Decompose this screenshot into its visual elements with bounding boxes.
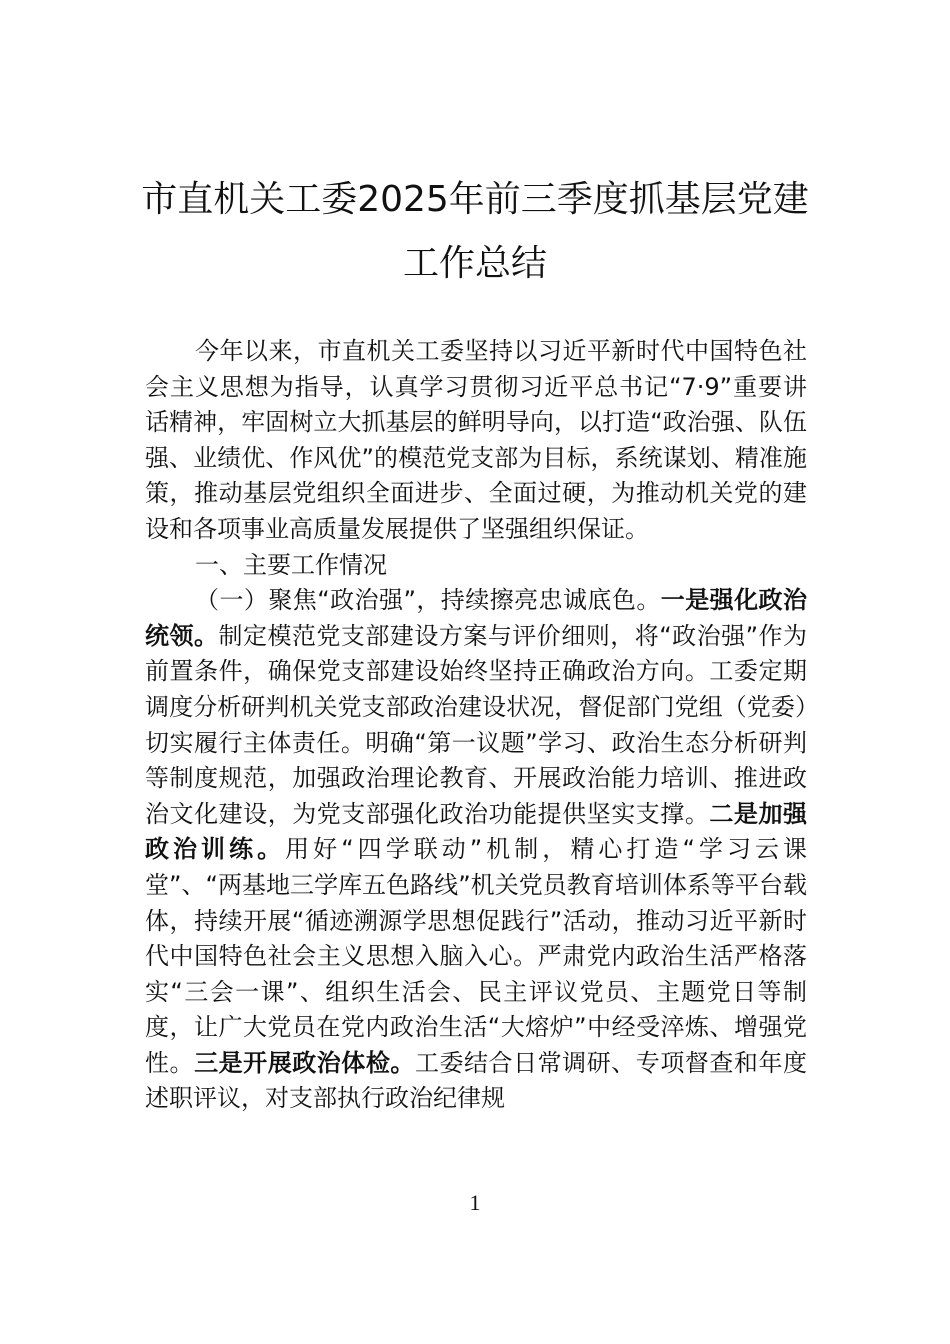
point-heading-3: 三是开展政治体检。 — [194, 1049, 415, 1077]
document-page: 市直机关工委2025年前三季度抓基层党建 工作总结 今年以来，市直机关工委坚持以… — [0, 0, 950, 1344]
document-body: 今年以来，市直机关工委坚持以习近平新时代中国特色社会主义思想为指导，认真学习贯彻… — [145, 334, 807, 1117]
title-line-1: 市直机关工委2025年前三季度抓基层党建 — [120, 168, 830, 232]
document-title: 市直机关工委2025年前三季度抓基层党建 工作总结 — [120, 168, 830, 296]
intro-paragraph: 今年以来，市直机关工委坚持以习近平新时代中国特色社会主义思想为指导，认真学习贯彻… — [145, 334, 807, 548]
subsection-lead: （一）聚焦“政治强”，持续擦亮忠诚底色。 — [195, 586, 661, 614]
point-text-2: 用好“四学联动”机制，精心打造“学习云课堂”、“两基地三学库五色路线”机关党员教… — [145, 835, 807, 1077]
point-text-1: 制定模范党支部建设方案与评价细则，将“政治强”作为前置条件，确保党支部建设始终坚… — [145, 622, 807, 828]
page-number: 1 — [0, 1190, 950, 1216]
section-heading: 一、主要工作情况 — [145, 548, 807, 584]
title-line-2: 工作总结 — [120, 232, 830, 296]
subsection-paragraph: （一）聚焦“政治强”，持续擦亮忠诚底色。一是强化政治统领。制定模范党支部建设方案… — [145, 583, 807, 1117]
